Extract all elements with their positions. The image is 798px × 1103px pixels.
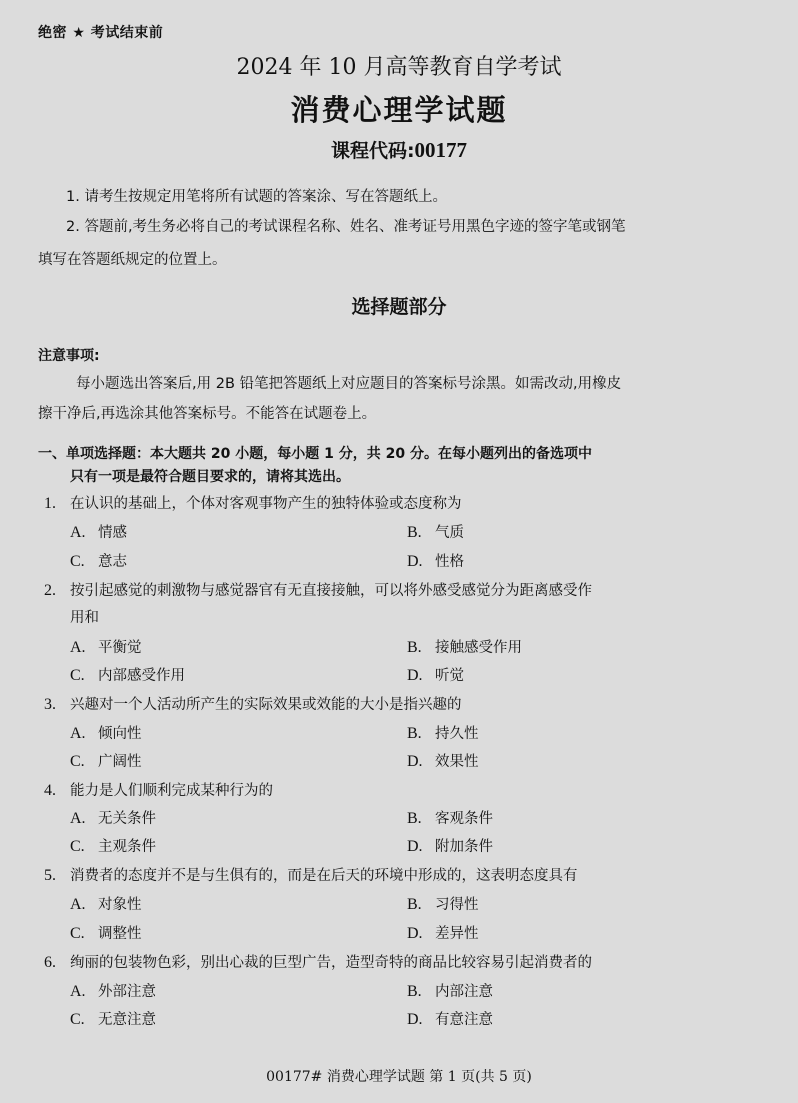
option-letter: C. — [70, 667, 98, 685]
question-number: 1. — [44, 495, 70, 513]
question-1-option-d[interactable]: D.性格 — [407, 550, 464, 571]
question-3-option-c[interactable]: C.广阔性 — [70, 750, 142, 771]
option-text: 效果性 — [435, 754, 479, 770]
question-1-option-b[interactable]: B.气质 — [407, 521, 464, 542]
option-letter: A. — [70, 896, 98, 914]
question-3-stem: 3.兴趣对一个人活动所产生的实际效果或效能的大小是指兴趣的 — [44, 693, 462, 714]
option-text: 有意注意 — [435, 1012, 493, 1028]
question-4-stem: 4.能力是人们顺利完成某种行为的 — [44, 779, 273, 800]
option-letter: D. — [407, 553, 435, 571]
notes-line-2: 擦干净后,再选涂其他答案标号。不能答在试题卷上。 — [38, 402, 376, 423]
question-3-option-a[interactable]: A.倾向性 — [70, 722, 142, 743]
question-6-stem: 6.绚丽的包装物色彩，别出心裁的巨型广告，造型奇特的商品比较容易引起消费者的 — [44, 951, 592, 972]
option-text: 接触感受作用 — [435, 640, 522, 656]
option-text: 无关条件 — [98, 811, 156, 827]
part-one-heading-cont: 只有一项是最符合题目要求的，请将其选出。 — [70, 466, 350, 486]
option-letter: D. — [407, 1011, 435, 1029]
section-title: 选择题部分 — [0, 292, 798, 319]
option-text: 情感 — [98, 525, 127, 541]
question-2-option-c[interactable]: C.内部感受作用 — [70, 664, 185, 685]
question-number: 2. — [44, 582, 70, 600]
question-5-stem: 5.消费者的态度并不是与生俱有的，而是在后天的环境中形成的，这表明态度具有 — [44, 864, 578, 885]
course-code-value: 00177 — [415, 138, 468, 162]
option-letter: A. — [70, 810, 98, 828]
option-letter: C. — [70, 1011, 98, 1029]
notes-line-1: 每小题选出答案后,用 2B 铅笔把答题纸上对应题目的答案标号涂黑。如需改动,用橡… — [76, 372, 621, 393]
question-3-option-b[interactable]: B.持久性 — [407, 722, 479, 743]
option-text: 附加条件 — [435, 839, 493, 855]
option-text: 性格 — [435, 554, 464, 570]
subject-title: 消费心理学试题 — [0, 88, 798, 129]
question-text: 绚丽的包装物色彩，别出心裁的巨型广告，造型奇特的商品比较容易引起消费者的 — [70, 955, 592, 971]
question-5-option-c[interactable]: C.调整性 — [70, 922, 142, 943]
question-text: 消费者的态度并不是与生俱有的，而是在后天的环境中形成的，这表明态度具有 — [70, 868, 578, 884]
option-text: 对象性 — [98, 897, 142, 913]
notes-label: 注意事项: — [38, 345, 100, 365]
question-5-option-d[interactable]: D.差异性 — [407, 922, 479, 943]
part-one-heading: 一、单项选择题：本大题共 20 小题，每小题 1 分，共 20 分。在每小题列出… — [38, 443, 592, 463]
instruction-2: 2. 答题前,考生务必将自己的考试课程名称、姓名、准考证号用黑色字迹的签字笔或钢… — [66, 215, 626, 236]
option-text: 倾向性 — [98, 726, 142, 742]
option-text: 调整性 — [98, 926, 142, 942]
option-letter: A. — [70, 983, 98, 1001]
question-6-option-c[interactable]: C.无意注意 — [70, 1008, 156, 1029]
option-letter: C. — [70, 553, 98, 571]
instruction-2-cont: 填写在答题纸规定的位置上。 — [38, 248, 227, 269]
option-text: 持久性 — [435, 726, 479, 742]
option-letter: B. — [407, 725, 435, 743]
question-2-stem-cont: 用和 — [70, 606, 99, 627]
option-text: 广阔性 — [98, 754, 142, 770]
exam-title: 2024 年 10 月高等教育自学考试 — [0, 50, 798, 81]
question-number: 4. — [44, 782, 70, 800]
option-text: 客观条件 — [435, 811, 493, 827]
option-text: 差异性 — [435, 926, 479, 942]
option-letter: A. — [70, 725, 98, 743]
question-6-option-a[interactable]: A.外部注意 — [70, 980, 156, 1001]
option-letter: D. — [407, 925, 435, 943]
question-2-option-b[interactable]: B.接触感受作用 — [407, 636, 522, 657]
question-1-option-a[interactable]: A.情感 — [70, 521, 127, 542]
option-text: 无意注意 — [98, 1012, 156, 1028]
question-3-option-d[interactable]: D.效果性 — [407, 750, 479, 771]
course-code-label: 课程代码: — [331, 140, 415, 162]
question-2-option-d[interactable]: D.听觉 — [407, 664, 464, 685]
question-number: 3. — [44, 696, 70, 714]
question-2-option-a[interactable]: A.平衡觉 — [70, 636, 142, 657]
question-6-option-b[interactable]: B.内部注意 — [407, 980, 493, 1001]
option-text: 内部注意 — [435, 984, 493, 1000]
question-number: 5. — [44, 867, 70, 885]
option-text: 内部感受作用 — [98, 668, 185, 684]
option-letter: D. — [407, 667, 435, 685]
question-text: 兴趣对一个人活动所产生的实际效果或效能的大小是指兴趣的 — [70, 697, 462, 713]
course-code: 课程代码:00177 — [0, 136, 798, 163]
exam-title-text: 2024 年 10 月高等教育自学考试 — [237, 50, 562, 81]
option-text: 平衡觉 — [98, 640, 142, 656]
option-letter: B. — [407, 983, 435, 1001]
option-text: 气质 — [435, 525, 464, 541]
option-letter: C. — [70, 925, 98, 943]
option-letter: A. — [70, 524, 98, 542]
question-text: 按引起感觉的刺激物与感觉器官有无直接接触，可以将外感受感觉分为距离感受作 — [70, 583, 592, 599]
question-4-option-a[interactable]: A.无关条件 — [70, 807, 156, 828]
question-5-option-a[interactable]: A.对象性 — [70, 893, 142, 914]
instruction-1: 1. 请考生按规定用笔将所有试题的答案涂、写在答题纸上。 — [66, 185, 447, 206]
question-1-stem: 1.在认识的基础上，个体对客观事物产生的独特体验或态度称为 — [44, 492, 462, 513]
question-4-option-b[interactable]: B.客观条件 — [407, 807, 493, 828]
question-text: 能力是人们顺利完成某种行为的 — [70, 783, 273, 799]
option-letter: A. — [70, 639, 98, 657]
option-letter: B. — [407, 810, 435, 828]
question-number: 6. — [44, 954, 70, 972]
question-2-stem: 2.按引起感觉的刺激物与感觉器官有无直接接触，可以将外感受感觉分为距离感受作 — [44, 579, 592, 600]
page-footer: 00177# 消费心理学试题 第 1 页(共 5 页) — [0, 1066, 798, 1086]
question-6-option-d[interactable]: D.有意注意 — [407, 1008, 493, 1029]
question-1-option-c[interactable]: C.意志 — [70, 550, 127, 571]
option-letter: D. — [407, 838, 435, 856]
option-letter: C. — [70, 838, 98, 856]
option-text: 外部注意 — [98, 984, 156, 1000]
option-text: 习得性 — [435, 897, 479, 913]
confidential-label: 绝密 ★ 考试结束前 — [38, 22, 163, 42]
option-letter: B. — [407, 896, 435, 914]
option-letter: B. — [407, 524, 435, 542]
option-letter: C. — [70, 753, 98, 771]
question-text: 在认识的基础上，个体对客观事物产生的独特体验或态度称为 — [70, 496, 462, 512]
option-letter: B. — [407, 639, 435, 657]
question-5-option-b[interactable]: B.习得性 — [407, 893, 479, 914]
question-4-option-d[interactable]: D.附加条件 — [407, 835, 493, 856]
option-text: 意志 — [98, 554, 127, 570]
option-text: 听觉 — [435, 668, 464, 684]
option-text: 主观条件 — [98, 839, 156, 855]
option-letter: D. — [407, 753, 435, 771]
question-4-option-c[interactable]: C.主观条件 — [70, 835, 156, 856]
